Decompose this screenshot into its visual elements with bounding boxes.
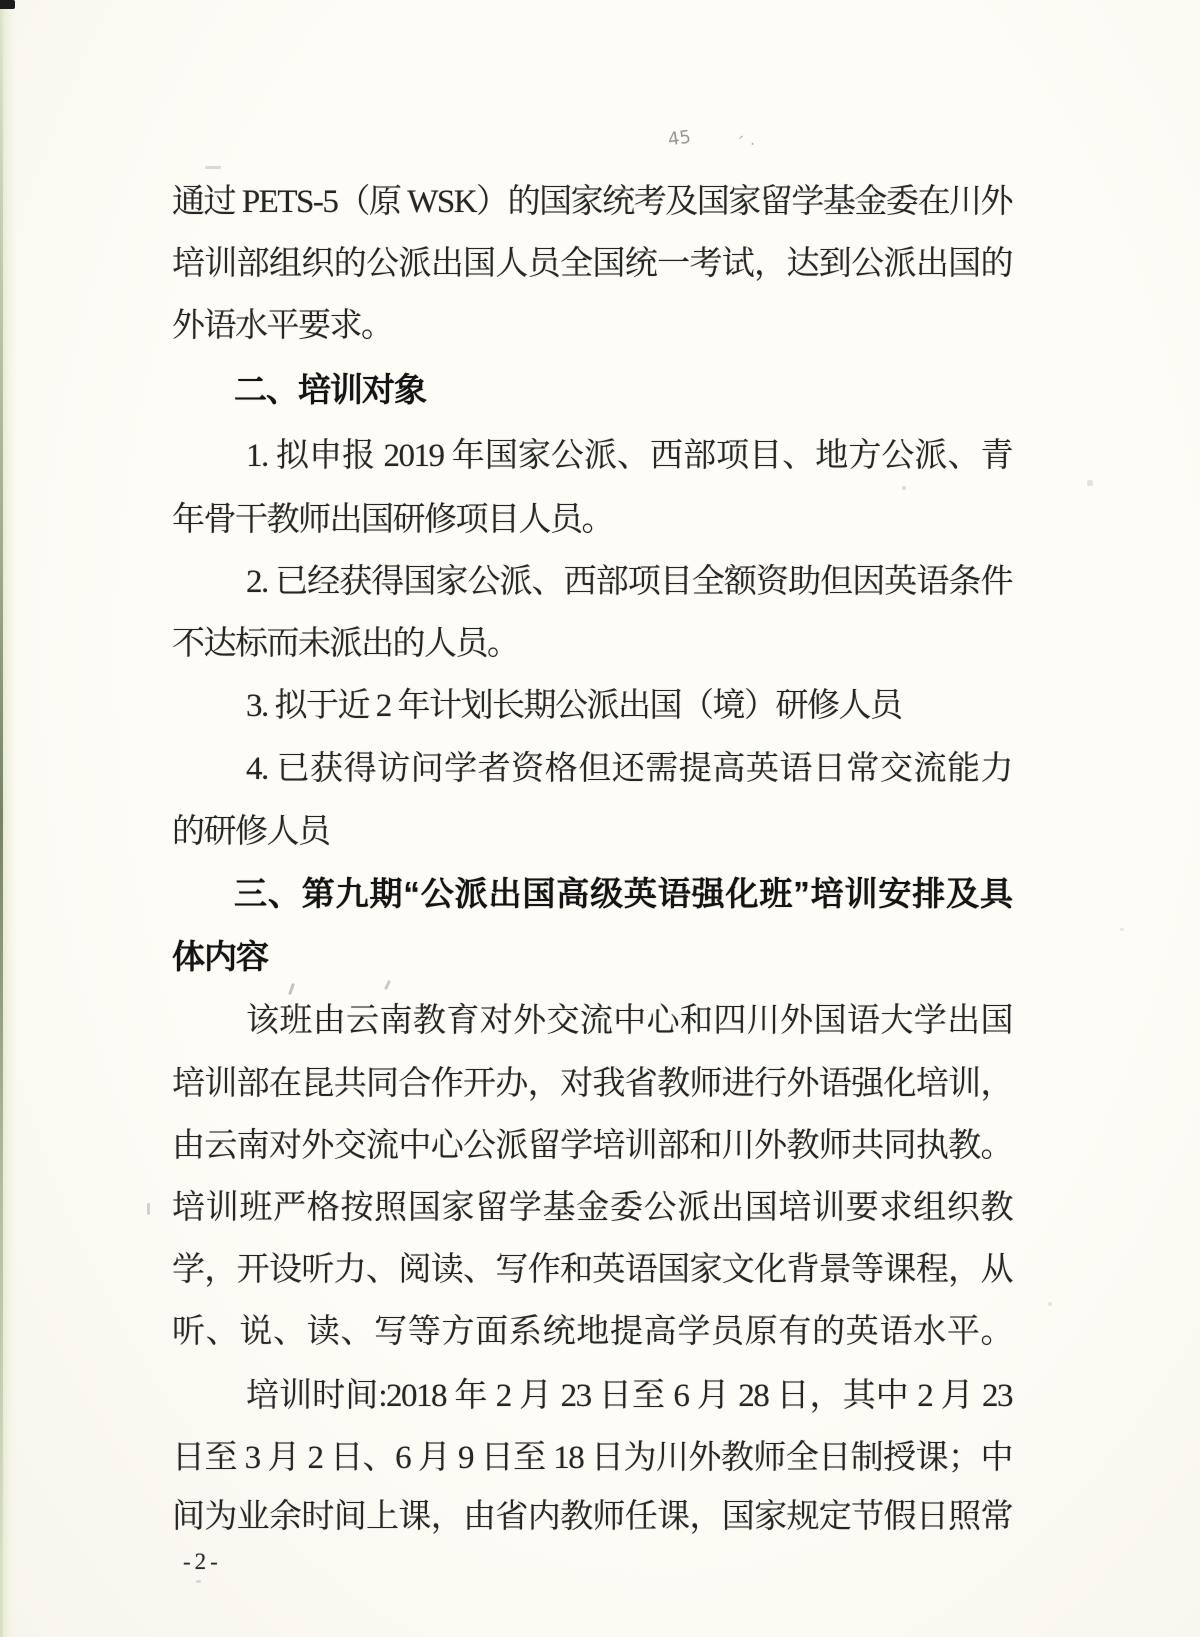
tick-smudge: ˊ· (735, 133, 761, 154)
scanned-document-page: 45 ˊ· 通过 PETS-5（原 WSK）的国家统考及国家留学基金委在川外 培… (0, 0, 1200, 1637)
scan-edge-line (0, 0, 3, 1637)
noise-speck (147, 1203, 150, 1215)
text-line: 通过 PETS-5（原 WSK）的国家统考及国家留学基金委在川外 (172, 180, 1012, 224)
noise-speck (288, 983, 295, 995)
text-line: 间为业余时间上课，由省内教师任课，国家规定节假日照常 (172, 1495, 1012, 1539)
text-line: 培训部组织的公派出国人员全国统一考试，达到公派出国的 (172, 242, 1012, 286)
text-line: 学，开设听力、阅读、写作和英语国家文化背景等课程，从 (172, 1248, 1012, 1292)
text-line: 日至 3 月 2 日、6 月 9 日至 18 日为川外教师全日制授课；中 (172, 1436, 1012, 1480)
noise-speck (1048, 1302, 1052, 1306)
text-line: 由云南对外交流中心公派留学培训部和川外教师共同执教。 (172, 1124, 1012, 1168)
text-line: 听、说、读、写等方面系统地提高学员原有的英语水平。 (172, 1310, 1012, 1354)
text-line: 外语水平要求。 (172, 304, 1012, 348)
text-line: 不达标而未派出的人员。 (172, 622, 1012, 666)
noise-speck (1087, 480, 1093, 486)
list-item: 2. 已经获得国家公派、西部项目全额资助但因英语条件 (172, 560, 1012, 604)
page-number: -2- (183, 1549, 222, 1575)
list-item: 4. 已获得访问学者资格但还需提高英语日常交流能力 (172, 747, 1012, 791)
section-heading: 二、培训对象 (172, 368, 1012, 412)
noise-speck (196, 1580, 201, 1583)
text-line: 的研修人员 (172, 810, 1012, 854)
noise-speck (384, 980, 391, 990)
text-line: 年骨干教师出国研修项目人员。 (172, 498, 1012, 542)
text-line: 培训班严格按照国家留学基金委公派出国培训要求组织教 (172, 1186, 1012, 1230)
list-item: 3. 拟于近 2 年计划长期公派出国（境）研修人员 (172, 684, 1012, 728)
handwritten-smudge: 45 (667, 127, 693, 151)
list-item: 1. 拟申报 2019 年国家公派、西部项目、地方公派、青 (172, 434, 1012, 478)
scan-corner-mark (0, 0, 15, 9)
section-heading: 三、第九期“公派出国高级英语强化班”培训安排及具 (172, 872, 1012, 916)
noise-speck (902, 486, 906, 490)
text-line: 培训部在昆共同合作开办，对我省教师进行外语强化培训， (172, 1062, 1012, 1106)
noise-speck (205, 166, 221, 169)
text-line: 该班由云南教育对外交流中心和四川外国语大学出国 (172, 999, 1012, 1043)
text-line: 培训时间:2018 年 2 月 23 日至 6 月 28 日，其中 2 月 23 (172, 1374, 1012, 1418)
noise-speck (1120, 928, 1124, 931)
section-heading: 体内容 (172, 935, 1012, 979)
